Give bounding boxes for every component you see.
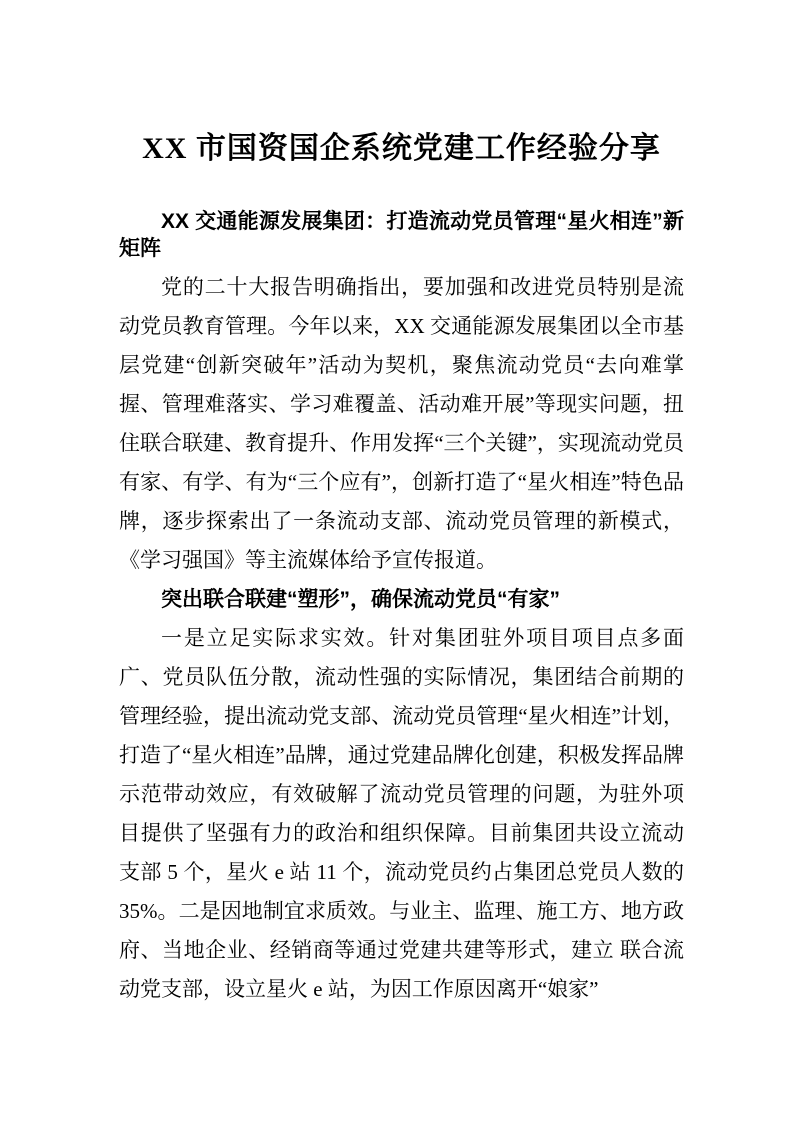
document-page: XX 市国资国企系统党建工作经验分享 XX 交通能源发展集团：打造流动党员管理“…: [0, 0, 794, 1122]
paragraph-intro: 党的二十大报告明确指出，要加强和改进党员特别是流动党员教育管理。今年以来，XX …: [119, 268, 684, 580]
section-heading-union-building: 突出联合联建“塑形”，确保流动党员“有家”: [119, 580, 684, 619]
document-subtitle: XX 交通能源发展集团：打造流动党员管理“星火相连”新矩阵: [119, 208, 684, 262]
paragraph-measures: 一是立足实际求实效。针对集团驻外项目项目点多面广、党员队伍分散，流动性强的实际情…: [119, 619, 684, 1009]
document-title: XX 市国资国企系统党建工作经验分享: [119, 128, 684, 170]
